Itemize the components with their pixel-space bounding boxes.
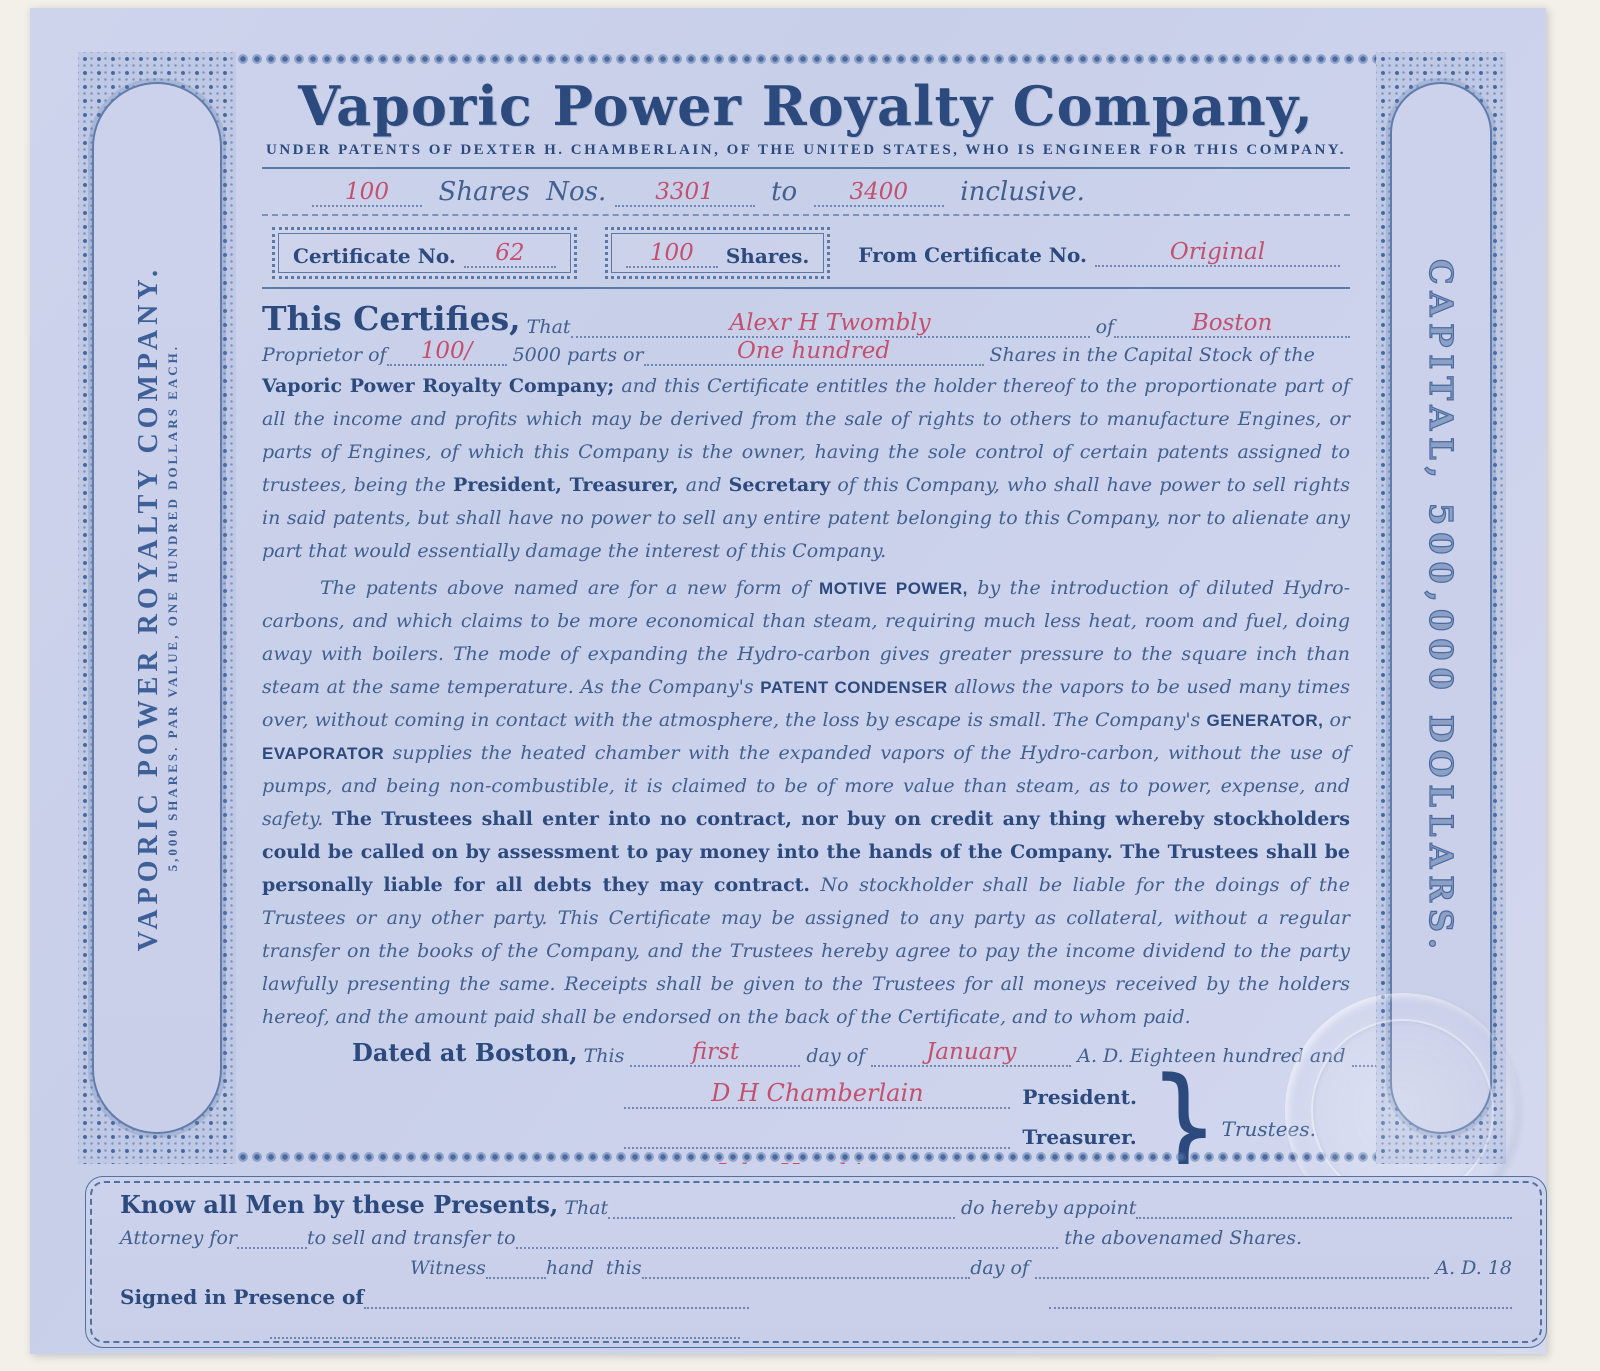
president-signature-row: D H Chamberlain President. [624,1069,1144,1109]
certificate-body: Vaporic Power Royalty Company, UNDER PAT… [236,52,1376,1164]
bottom-ornament-border [236,1150,1376,1164]
transfer-line-5 [120,1309,1512,1339]
certifies-line: This Certifies, ThatAlexr H Twombly ofBo… [262,299,1350,338]
shares-box-value: 100 [626,240,718,268]
right-border-panel: CAPITAL, 500,000 DOLLARS. [1376,52,1506,1164]
president-signature: D H Chamberlain [624,1079,1010,1109]
certificate-frame: VAPORIC POWER ROYALTY COMPANY. 5,000 SHA… [78,52,1506,1164]
body-paragraph-2: The patents above named are for a new fo… [262,572,1350,1034]
certificate-number-row: Certificate No. 62 100 Shares. From Cert… [272,227,1340,279]
double-rule [262,287,1350,289]
par-value-vertical: 5,000 SHARES. PAR VALUE, ONE HUNDRED DOL… [165,344,181,871]
certificate-no-label: Certificate No. [293,244,456,268]
left-panel-inner: VAPORIC POWER ROYALTY COMPANY. 5,000 SHA… [92,82,222,1134]
patent-subtitle: UNDER PATENTS OF DEXTER H. CHAMBERLAIN, … [262,142,1350,159]
shares-box: 100 Shares. [605,227,830,279]
transfer-line-3: Witnesshand thisday of A. D. 18 [120,1249,1512,1279]
certificate-sheet: VAPORIC POWER ROYALTY COMPANY. 5,000 SHA… [30,8,1546,1354]
right-panel-inner: CAPITAL, 500,000 DOLLARS. [1390,82,1492,1134]
scanned-page: VAPORIC POWER ROYALTY COMPANY. 5,000 SHA… [0,0,1600,1371]
trustees-label: Trustees. [1222,1117,1316,1141]
left-border-panel: VAPORIC POWER ROYALTY COMPANY. 5,000 SHA… [78,52,236,1164]
treasurer-label: Treasurer. [1010,1125,1144,1149]
from-certificate-label: From Certificate No. [858,243,1087,267]
from-certificate-value: Original [1095,239,1340,267]
shares-issued-line: 100 Shares Nos. 3301 to 3400 inclusive. [262,177,1350,207]
body-paragraph-1: Vaporic Power Royalty Company; and this … [262,370,1350,568]
company-title: Vaporic Power Royalty Company, [262,74,1350,138]
company-name-vertical: VAPORIC POWER ROYALTY COMPANY. [133,265,165,951]
double-rule [262,167,1350,169]
transfer-line-1: Know all Men by these Presents, That do … [120,1189,1512,1219]
treasurer-signature [624,1147,1010,1149]
treasurer-signature-row: Treasurer. [624,1109,1144,1149]
proprietor-line: Proprietor of100/ 5000 parts orOne hundr… [262,338,1350,366]
shares-box-label: Shares. [726,244,809,268]
capital-vertical: CAPITAL, 500,000 DOLLARS. [1422,259,1460,956]
certificate-no-value: 62 [464,240,556,268]
president-label: President. [1010,1085,1144,1109]
transfer-form-box: Know all Men by these Presents, That do … [85,1176,1547,1348]
top-ornament-border [236,52,1376,66]
from-certificate: From Certificate No. Original [858,239,1340,267]
transfer-line-4: Signed in Presence of [120,1279,1512,1309]
transfer-line-2: Attorney forto sell and transfer to the … [120,1219,1512,1249]
scalloped-rule [262,214,1350,216]
certificate-no-box: Certificate No. 62 [272,227,577,279]
